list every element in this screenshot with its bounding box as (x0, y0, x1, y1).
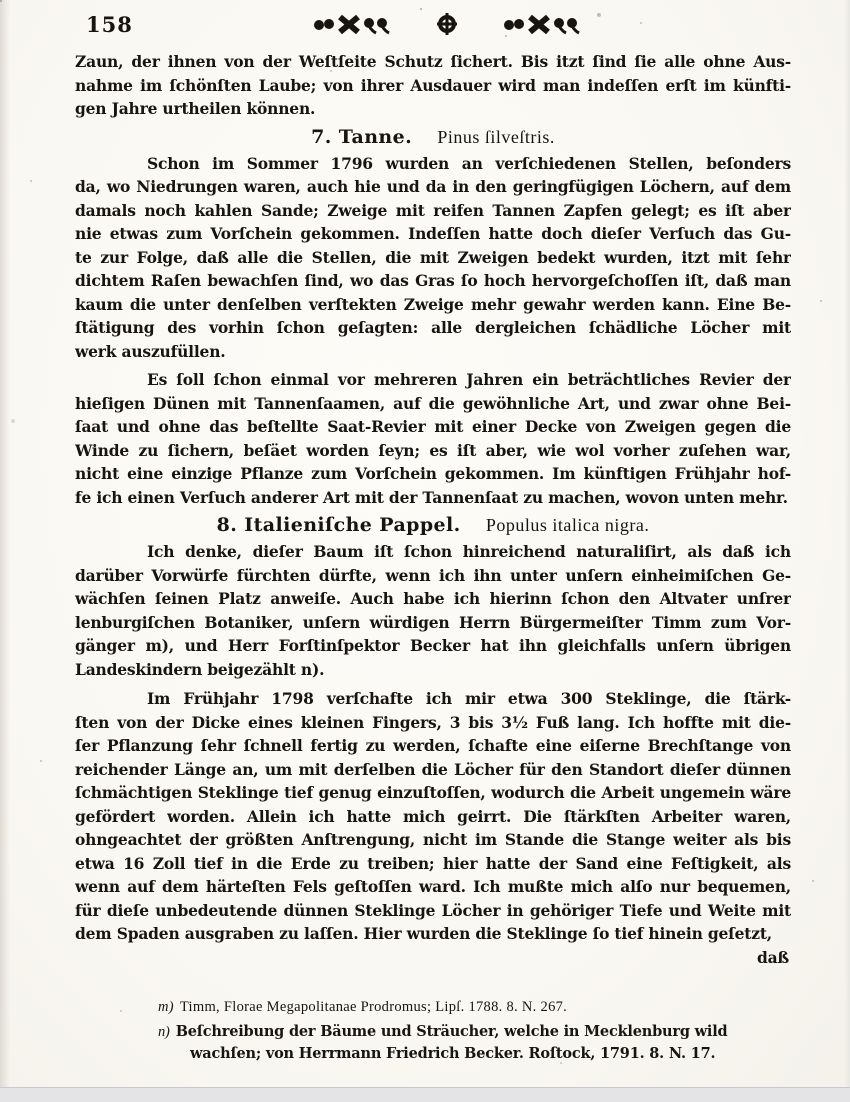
text-line: für dieſe unbedeutende dünnen Steklinge … (75, 899, 791, 923)
text-line: etwa 16 Zoll tief in die Erde zu treiben… (75, 852, 791, 876)
text-line: dem Spaden ausgraben zu laſſen. Hier wur… (75, 922, 791, 946)
latin-species-name: Populus italica nigra. (486, 515, 649, 535)
footnote-m: m)Timm, Florae Megapolitanae Prodromus; … (158, 996, 790, 1018)
text-line: Im Frühjahr 1798 verſchafte ich mir etwa… (75, 687, 791, 711)
text-line: da, wo Niedrungen waren, auch hie und da… (75, 175, 791, 199)
footnote-text-continuation: wachſen; von Herrmann Friedrich Becker. … (158, 1043, 790, 1065)
fleuron-ornament-icon (502, 12, 582, 36)
scan-noise-speckles (0, 0, 2, 2)
header-ornaments (22, 12, 850, 36)
text-line: reichender Länge an, um mit derſelben di… (75, 758, 791, 782)
paragraph: Es ſoll ſchon einmal vor mehreren Jahren… (75, 368, 791, 509)
text-line: Zaun, der ihnen von der Weſtſeite Schutz… (75, 50, 791, 74)
section-number-title: 7. Tanne. (311, 126, 412, 148)
scanned-book-page: 158 (0, 0, 850, 1102)
text-line: nahme im ſchönſten Laube; von ihrer Ausd… (75, 74, 791, 98)
text-line: wenn auf dem härteſten Fels geſtoſſen wa… (75, 875, 791, 899)
text-line: ſchmächtigen Steklinge tief genug einzuſ… (75, 781, 791, 805)
body-text-column: Zaun, der ihnen von der Weſtſeite Schutz… (75, 50, 791, 970)
section-heading-pappel: 8. Italieniſche Pappel. Populus italica … (75, 513, 791, 538)
paragraph-continuation: Zaun, der ihnen von der Weſtſeite Schutz… (75, 50, 791, 121)
text-line: dichtem Raſen bewachſen ſind, wo das Gra… (75, 269, 791, 293)
text-line: ohngeachtet der größten Anſtrengung, nic… (75, 828, 791, 852)
text-line: nie etwas zum Vorſchein gekommen. Indeſſ… (75, 222, 791, 246)
text-line: gen Jahre urtheilen können. (75, 97, 791, 121)
scan-edge-right (844, 0, 850, 1102)
paragraph: Im Frühjahr 1798 verſchafte ich mir etwa… (75, 687, 791, 946)
catchword: daß (75, 946, 791, 970)
text-line: damals noch kahlen Sande; Zweige mit rei… (75, 199, 791, 223)
footnote-n: n)Beſchreibung der Bäume und Sträucher, … (158, 1021, 790, 1065)
text-line: Ich denke, dieſer Baum iſt ſchon hinreic… (75, 540, 791, 564)
latin-species-name: Pinus ſilveſtris. (437, 127, 555, 147)
text-line: wächſen ſeinen Platz anweiſe. Auch habe … (75, 587, 791, 611)
text-line: ſaat und ohne das beſtellte Saat-Revier … (75, 415, 791, 439)
fleuron-ornament-icon (312, 12, 392, 36)
text-line: fe ich einen Verſuch anderer Art mit der… (75, 486, 791, 510)
text-line: werk auszufüllen. (75, 340, 791, 364)
text-line: nicht eine einzige Pflanze zum Vorſchein… (75, 462, 791, 486)
text-line: Winde zu ſichern, beſäet worden ſeyn; es… (75, 439, 791, 463)
footnote-marker: n) (158, 1024, 170, 1040)
text-line: Schon im Sommer 1796 wurden an verſchied… (75, 152, 791, 176)
section-heading-tanne: 7. Tanne. Pinus ſilveſtris. (75, 125, 791, 150)
paragraph: Ich denke, dieſer Baum iſt ſchon hinreic… (75, 540, 791, 681)
text-line: gänger m), und Herr Forſtinſpektor Becke… (75, 634, 791, 658)
scan-edge-bottom (0, 1087, 850, 1102)
footnote-text: Beſchreibung der Bäume und Sträucher, we… (176, 1023, 728, 1040)
footnote-text: Timm, Florae Megapolitanae Prodromus; Li… (180, 999, 567, 1015)
text-line: lenburgiſchen Botaniker, unſern würdigen… (75, 611, 791, 635)
text-line: ſtätigung des vorhin ſchon geſagten: all… (75, 316, 791, 340)
text-line: hieſigen Dünen mit Tannenſaamen, auf die… (75, 392, 791, 416)
printers-mark-ornament-icon (434, 12, 460, 36)
text-line: Landeskindern beigezählt n). (75, 658, 791, 682)
footnotes-block: m)Timm, Florae Megapolitanae Prodromus; … (158, 996, 790, 1068)
text-line: kaum die unter denſelben verſtekten Zwei… (75, 293, 791, 317)
section-number-title: 8. Italieniſche Pappel. (217, 514, 461, 536)
paragraph: Schon im Sommer 1796 wurden an verſchied… (75, 152, 791, 364)
text-line: te zur Folge, daß alle die Stellen, die … (75, 246, 791, 270)
scan-edge-left (0, 0, 10, 1102)
text-line: ſten von der Dicke eines kleinen Fingers… (75, 711, 791, 735)
text-line: Es ſoll ſchon einmal vor mehreren Jahren… (75, 368, 791, 392)
text-line: gefördert worden. Allein ich hatte mich … (75, 805, 791, 829)
text-line: darüber Vorwürfe fürchten dürfte, wenn i… (75, 564, 791, 588)
footnote-marker: m) (158, 999, 174, 1015)
text-line: ſer Pflanzung ſehr ſchnell fertig zu wer… (75, 734, 791, 758)
